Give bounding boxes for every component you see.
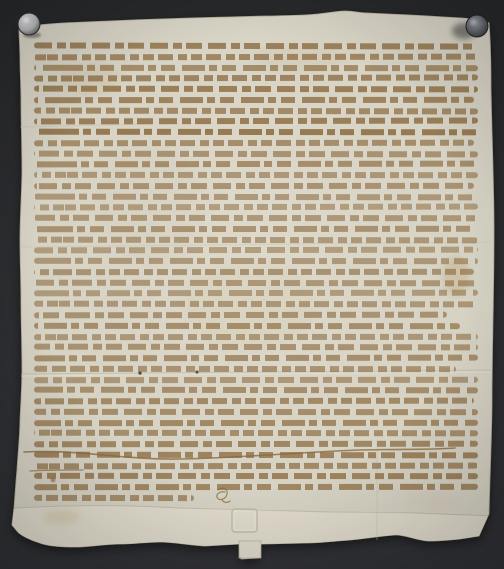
manuscript-line — [34, 312, 447, 319]
manuscript-text-block — [34, 43, 478, 513]
manuscript-line — [34, 140, 474, 147]
manuscript-line — [34, 226, 474, 233]
manuscript-line — [34, 451, 478, 458]
manuscript-line — [34, 193, 478, 200]
manuscript-line — [34, 333, 478, 340]
manuscript-line — [34, 484, 478, 491]
manuscript-line — [34, 161, 478, 168]
manuscript-line — [34, 344, 478, 351]
manuscript-line — [34, 376, 478, 383]
manuscript-line — [34, 236, 478, 243]
photograph-background — [0, 0, 504, 569]
manuscript-line — [34, 97, 474, 104]
manuscript-line — [34, 269, 474, 276]
manuscript-line — [34, 42, 474, 50]
manuscript-line — [34, 355, 478, 362]
manuscript-line — [34, 462, 478, 469]
manuscript-line — [34, 258, 478, 265]
pushpin-left-highlight — [23, 17, 29, 23]
manuscript-line — [34, 495, 194, 502]
manuscript-line — [34, 118, 478, 125]
manuscript-line — [34, 75, 478, 83]
manuscript-line — [34, 53, 478, 60]
manuscript-line — [34, 183, 474, 190]
manuscript-line — [34, 150, 478, 157]
manuscript-line — [34, 86, 478, 93]
manuscript-line — [34, 64, 478, 71]
manuscript-line — [34, 247, 478, 254]
manuscript-line — [34, 129, 478, 136]
pushpin-top-left — [18, 13, 40, 35]
manuscript-line — [34, 419, 478, 426]
manuscript-line — [34, 107, 478, 114]
pushpin-right-highlight — [470, 19, 476, 25]
manuscript-line — [34, 279, 478, 286]
seal-tag — [239, 541, 261, 558]
manuscript-line — [34, 441, 478, 448]
manuscript-line — [34, 215, 478, 222]
manuscript-line — [34, 398, 474, 405]
manuscript-line — [34, 366, 456, 373]
manuscript-line — [34, 204, 478, 211]
manuscript-line — [34, 323, 460, 330]
manuscript-line — [34, 301, 478, 308]
manuscript-line — [34, 409, 478, 416]
manuscript-line — [34, 430, 478, 437]
manuscript-line — [34, 290, 478, 297]
pushpin-top-right — [466, 15, 488, 37]
manuscript-line — [34, 473, 478, 480]
manuscript-line — [34, 172, 478, 179]
manuscript-line — [34, 387, 478, 394]
